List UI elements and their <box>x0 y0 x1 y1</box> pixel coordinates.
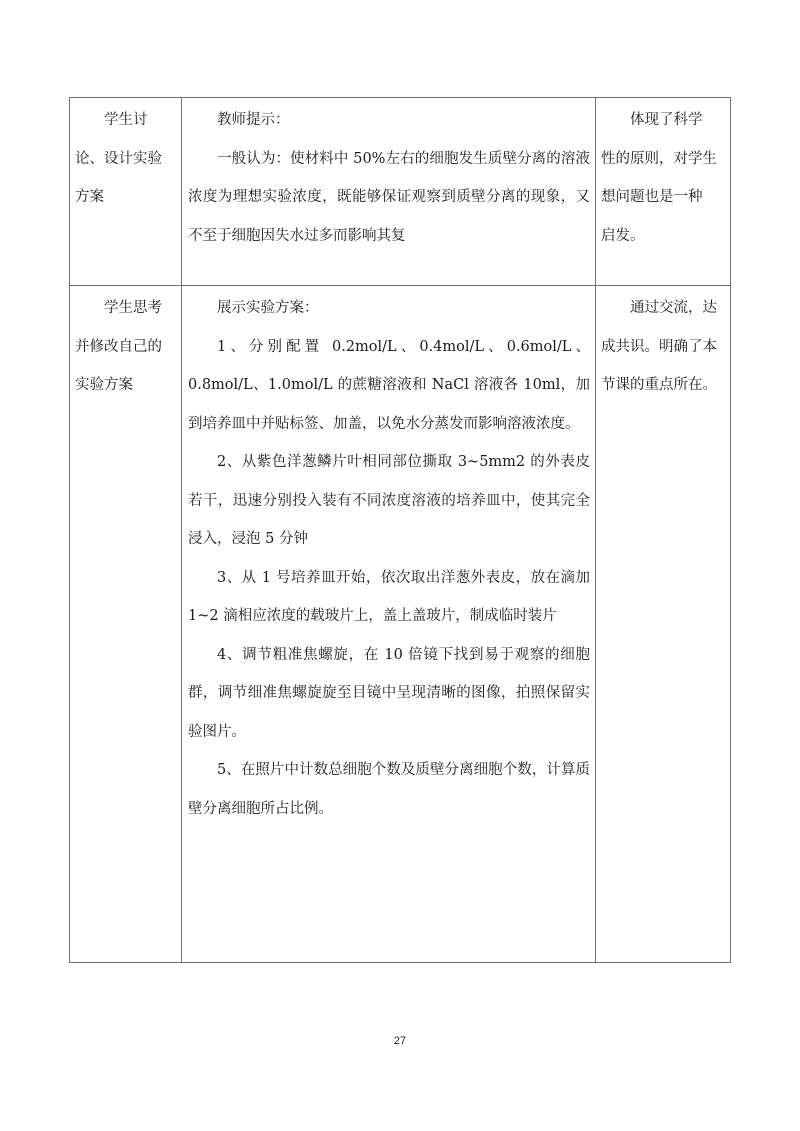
row1-intent-cell: 体现了科学 性的原则，对学生 想问题也是一种 启发。 <box>596 101 732 255</box>
row1-content-cell: 教师提示： 一般认为：使材料中 50%左右的细胞发生质壁分离的溶液浓度为理想实验… <box>182 101 596 255</box>
step-2: 2、从紫色洋葱鳞片叶相同部位撕取 3~5mm2 的外表皮若干，迅速分别投入装有不… <box>188 443 590 559</box>
row2-content-cell: 展示实验方案： 1、分别配置 0.2mol/L、0.4mol/L、0.6mol/… <box>182 289 596 828</box>
activity-line: 学生讨 <box>75 101 179 140</box>
content-paragraph: 展示实验方案： <box>188 289 590 328</box>
row-divider <box>70 285 730 286</box>
step-1: 1、分别配置 0.2mol/L、0.4mol/L、0.6mol/L、0.8mol… <box>188 328 590 444</box>
lesson-plan-table: 学生讨 论、设计实验 方案 教师提示： 一般认为：使材料中 50%左右的细胞发生… <box>69 97 731 963</box>
step-3: 3、从 1 号培养皿开始，依次取出洋葱外表皮，放在滴加 1~2 滴相应浓度的载玻… <box>188 559 590 636</box>
row1-activity-cell: 学生讨 论、设计实验 方案 <box>70 101 182 217</box>
activity-line: 方案 <box>75 178 179 217</box>
intent-line: 性的原则，对学生 <box>601 140 730 179</box>
activity-line: 论、设计实验 <box>75 140 179 179</box>
intent-line: 想问题也是一种 <box>601 178 730 217</box>
activity-line: 实验方案 <box>75 366 179 405</box>
step-4: 4、调节粗准焦螺旋，在 10 倍镜下找到易于观察的细胞群，调节细准焦螺旋旋至目镜… <box>188 636 590 752</box>
intent-line: 体现了科学 <box>601 101 730 140</box>
intent-line: 成共识。明确了本 <box>601 328 730 367</box>
row2-intent-cell: 通过交流，达 成共识。明确了本 节课的重点所在。 <box>596 289 732 405</box>
step-5: 5、在照片中计数总细胞个数及质壁分离细胞个数，计算质壁分离细胞所占比例。 <box>188 751 590 828</box>
intent-line: 节课的重点所在。 <box>601 366 730 405</box>
content-paragraph: 一般认为：使材料中 50%左右的细胞发生质壁分离的溶液浓度为理想实验浓度，既能够… <box>188 140 590 256</box>
activity-line: 学生思考 <box>75 289 179 328</box>
row2-activity-cell: 学生思考 并修改自己的 实验方案 <box>70 289 182 405</box>
content-paragraph: 教师提示： <box>188 101 590 140</box>
page-number: 27 <box>0 1035 800 1047</box>
activity-line: 并修改自己的 <box>75 328 179 367</box>
intent-line: 通过交流，达 <box>601 289 730 328</box>
intent-line: 启发。 <box>601 217 730 256</box>
